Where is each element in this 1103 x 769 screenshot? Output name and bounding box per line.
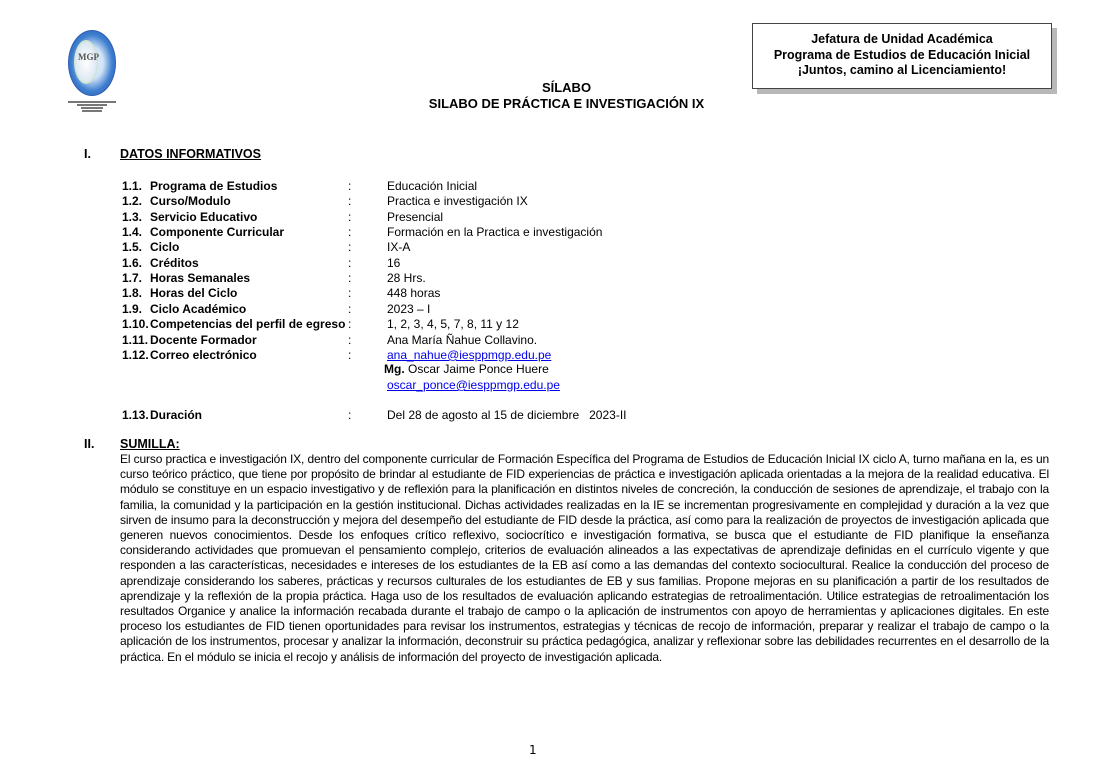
- section-2-number: II.: [84, 437, 94, 451]
- info-value: 16: [387, 256, 400, 271]
- section-2-heading: SUMILLA:: [120, 437, 180, 451]
- info-label: Curso/Modulo: [150, 194, 231, 209]
- teacher-email-link[interactable]: ana_nahue@iesppmgp.edu.pe: [387, 348, 551, 363]
- header-line-unit: Jefatura de Unidad Académica: [753, 32, 1051, 48]
- info-value: Formación en la Practica e investigación: [387, 225, 602, 240]
- info-value: Ana María Ñahue Collavino.: [387, 333, 537, 348]
- info-num: 1.13.: [122, 408, 152, 423]
- second-teacher-email-link[interactable]: oscar_ponce@iesppmgp.edu.pe: [387, 378, 560, 392]
- info-num: 1.1.: [122, 179, 152, 194]
- info-num: 1.7.: [122, 271, 152, 286]
- info-colon: :: [348, 179, 351, 194]
- info-colon: :: [348, 240, 351, 255]
- info-label: Competencias del perfil de egreso: [150, 317, 345, 332]
- info-num: 1.5.: [122, 240, 152, 255]
- info-colon: :: [348, 333, 351, 348]
- info-colon: :: [348, 317, 351, 332]
- info-num: 1.3.: [122, 210, 152, 225]
- info-num: 1.12.: [122, 348, 152, 363]
- info-colon: :: [348, 348, 351, 363]
- section-1-number: I.: [84, 147, 91, 161]
- seal-center: [74, 40, 98, 84]
- info-label: Correo electrónico: [150, 348, 257, 363]
- info-colon: :: [348, 408, 351, 423]
- info-label: Duración: [150, 408, 202, 423]
- info-value: IX-A: [387, 240, 410, 255]
- info-label: Créditos: [150, 256, 199, 271]
- info-label: Horas Semanales: [150, 271, 250, 286]
- info-colon: :: [348, 194, 351, 209]
- second-teacher: Mg. Oscar Jaime Ponce Huere: [384, 362, 549, 377]
- sumilla-paragraph: El curso practica e investigación IX, de…: [120, 452, 1049, 665]
- info-colon: :: [348, 256, 351, 271]
- info-label: Componente Curricular: [150, 225, 284, 240]
- title-line-1: SÍLABO: [0, 80, 1103, 96]
- info-colon: :: [348, 271, 351, 286]
- section-1-heading: DATOS INFORMATIVOS: [120, 147, 261, 161]
- page-number: 1: [529, 743, 537, 757]
- info-value: 448 horas: [387, 286, 440, 301]
- info-num: 1.8.: [122, 286, 152, 301]
- info-label: Programa de Estudios: [150, 179, 277, 194]
- info-value: Del 28 de agosto al 15 de diciembre 2023…: [387, 408, 626, 423]
- info-value: Educación Inicial: [387, 179, 477, 194]
- second-teacher-title: Mg.: [384, 362, 405, 376]
- header-line-motto: ¡Juntos, camino al Licenciamiento!: [753, 63, 1051, 79]
- info-value: 2023 – I: [387, 302, 430, 317]
- info-num: 1.10.: [122, 317, 152, 332]
- info-label: Servicio Educativo: [150, 210, 257, 225]
- info-value: 28 Hrs.: [387, 271, 426, 286]
- info-label: Ciclo Académico: [150, 302, 246, 317]
- info-label: Ciclo: [150, 240, 179, 255]
- second-teacher-email-row: oscar_ponce@iesppmgp.edu.pe: [387, 378, 560, 393]
- second-teacher-name: Oscar Jaime Ponce Huere: [408, 362, 549, 376]
- info-value: Presencial: [387, 210, 443, 225]
- info-num: 1.11.: [122, 333, 152, 348]
- document-title: SÍLABO SILABO DE PRÁCTICA E INVESTIGACIÓ…: [0, 80, 1103, 111]
- info-colon: :: [348, 225, 351, 240]
- info-colon: :: [348, 302, 351, 317]
- info-num: 1.2.: [122, 194, 152, 209]
- info-value: Practica e investigación IX: [387, 194, 528, 209]
- info-num: 1.4.: [122, 225, 152, 240]
- info-colon: :: [348, 286, 351, 301]
- info-value: 1, 2, 3, 4, 5, 7, 8, 11 y 12: [387, 317, 519, 332]
- header-line-program: Programa de Estudios de Educación Inicia…: [753, 48, 1051, 64]
- info-colon: :: [348, 210, 351, 225]
- info-label: Horas del Ciclo: [150, 286, 237, 301]
- info-num: 1.6.: [122, 256, 152, 271]
- info-label: Docente Formador: [150, 333, 257, 348]
- title-line-2: SILABO DE PRÁCTICA E INVESTIGACIÓN IX: [0, 96, 1103, 112]
- info-num: 1.9.: [122, 302, 152, 317]
- logo-monogram: MGP: [78, 52, 99, 62]
